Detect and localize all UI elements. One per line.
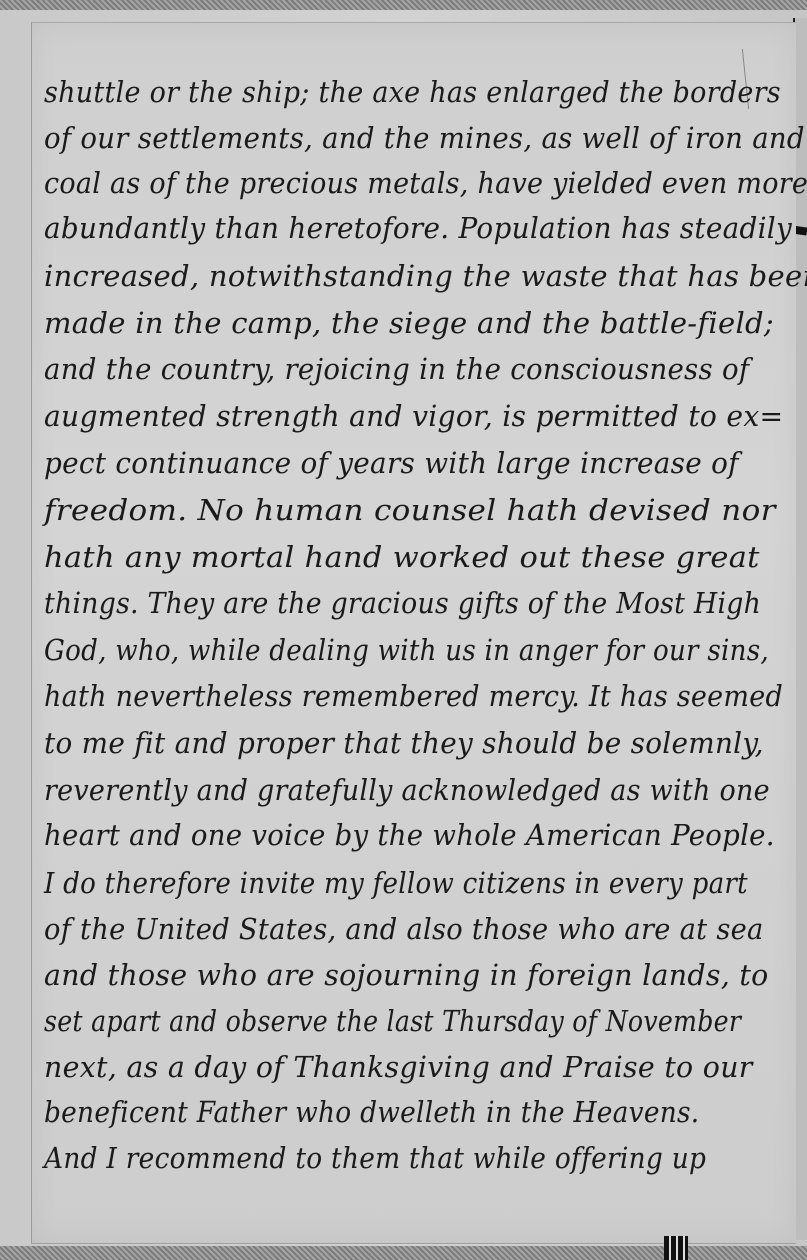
text-line: augmented strength and vigor, is permitt… — [44, 399, 783, 433]
text-line: God, who, while dealing with us in anger… — [44, 633, 769, 667]
text-line: to me fit and proper that they should be… — [44, 726, 764, 760]
text-line: increased, notwithstanding the waste tha… — [44, 259, 807, 293]
text-line: made in the camp, the siege and the batt… — [44, 306, 774, 340]
text-line: reverently and gratefully acknowledged a… — [44, 773, 770, 807]
manuscript-page: shuttle or the ship; the axe has enlarge… — [31, 22, 796, 1244]
text-line: pect continuance of years with large inc… — [44, 446, 739, 480]
text-line: beneficent Father who dwelleth in the He… — [44, 1095, 699, 1129]
text-line: shuttle or the ship; the axe has enlarge… — [44, 75, 781, 109]
text-line: hath nevertheless remembered mercy. It h… — [44, 679, 783, 713]
text-line: abundantly than heretofore. Population h… — [44, 211, 792, 245]
text-line: of the United States, and also those who… — [44, 912, 764, 946]
text-line: things. They are the gracious gifts of t… — [44, 586, 761, 620]
text-line: and those who are sojourning in foreign … — [44, 958, 769, 992]
text-line: set apart and observe the last Thursday … — [44, 1004, 741, 1038]
binding-clip — [664, 1236, 688, 1260]
text-line: I do therefore invite my fellow citizens… — [44, 866, 748, 900]
text-line: And I recommend to them that while offer… — [44, 1141, 706, 1175]
text-line: heart and one voice by the whole America… — [44, 818, 775, 852]
text-line: hath any mortal hand worked out these gr… — [44, 540, 760, 574]
text-line: coal as of the precious metals, have yie… — [44, 166, 807, 200]
text-line: of our settlements, and the mines, as we… — [44, 121, 805, 155]
text-line: next, as a day of Thanksgiving and Prais… — [44, 1050, 753, 1084]
text-line: and the country, rejoicing in the consci… — [44, 352, 749, 386]
text-line: freedom. No human counsel hath devised n… — [44, 493, 776, 527]
